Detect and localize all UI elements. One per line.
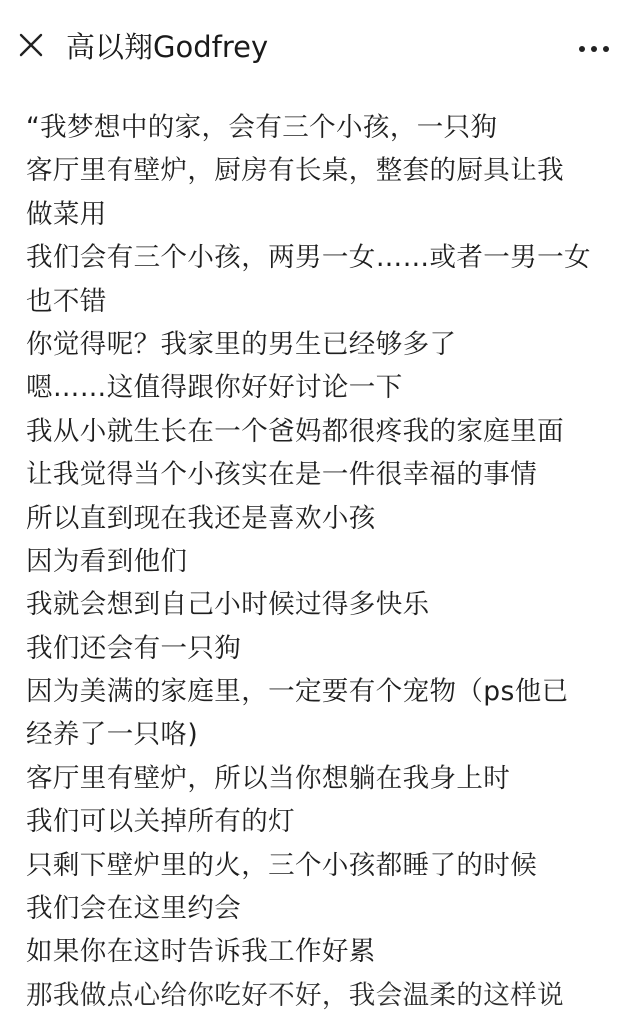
text-line: 那我做点心给你吃好不好，我会温柔的这样说 [26, 974, 626, 1014]
text-line: 你觉得呢？我家里的男生已经够多了 [26, 323, 626, 366]
text-line: 经养了一只咯) [26, 713, 626, 756]
text-line: 让我觉得当个小孩实在是一件很幸福的事情 [26, 453, 626, 496]
text-line: 我们可以关掉所有的灯 [26, 800, 626, 843]
text-line: 我们会在这里约会 [26, 887, 626, 930]
more-options-button[interactable] [576, 34, 612, 60]
text-line: 所以直到现在我还是喜欢小孩 [26, 497, 626, 540]
text-line: 我从小就生长在一个爸妈都很疼我的家庭里面 [26, 410, 626, 453]
text-line: “我梦想中的家，会有三个小孩，一只狗 [26, 106, 626, 149]
text-line: 因为美满的家庭里，一定要有个宠物（ps他已 [26, 670, 626, 713]
text-line: 只剩下壁炉里的火，三个小孩都睡了的时候 [26, 844, 626, 887]
post-body: “我梦想中的家，会有三个小孩，一只狗 客厅里有壁炉，厨房有长桌，整套的厨具让我 … [26, 106, 626, 1014]
text-line: 嗯……这值得跟你好好讨论一下 [26, 366, 626, 409]
text-line: 做菜用 [26, 193, 626, 236]
top-bar: 高以翔Godfrey [0, 0, 640, 96]
text-line: 我们还会有一只狗 [26, 627, 626, 670]
text-line: 客厅里有壁炉，所以当你想躺在我身上时 [26, 757, 626, 800]
text-line: 如果你在这时告诉我工作好累 [26, 930, 626, 973]
close-icon [18, 32, 44, 62]
text-line: 客厅里有壁炉，厨房有长桌，整套的厨具让我 [26, 149, 626, 192]
text-line: 我就会想到自己小时候过得多快乐 [26, 583, 626, 626]
page-title: 高以翔Godfrey [66, 28, 268, 66]
more-horizontal-icon [578, 38, 610, 57]
text-line: 因为看到他们 [26, 540, 626, 583]
text-line: 也不错 [26, 280, 626, 323]
text-line: 我们会有三个小孩，两男一女……或者一男一女 [26, 236, 626, 279]
close-button[interactable] [16, 32, 46, 62]
